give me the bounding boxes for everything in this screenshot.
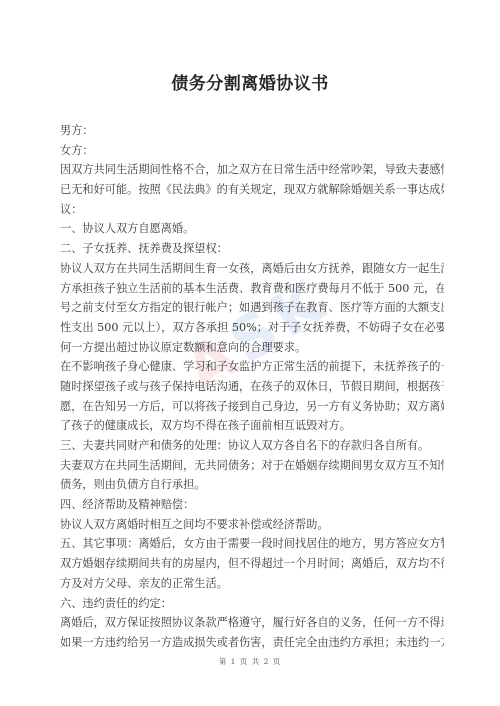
clause-2-line-4: 性支出 500 元以上），双方各承担 50%；对于子女抚养费，不妨碍子女在必要时… <box>60 318 444 338</box>
clause-2-line-5: 何一方提出超过协议原定数额和意向的合理要求。 <box>60 338 444 358</box>
line-wife: 女方： <box>60 141 444 161</box>
clause-5-line-2: 双方婚姻存续期间共有的房屋内，但不得超过一个月时间；离婚后，双方均不得干扰对 <box>60 554 444 574</box>
clause-3-line-1: 夫妻双方在共同生活期间，无共同债务；对于在婚姻存续期间男女双方互不知情的个人 <box>60 456 444 476</box>
clause-2-line-3: 号之前支付至女方指定的银行帐户；如遇到孩子在教育、医疗等方面的大额支出（一次 <box>60 298 444 318</box>
clause-5-line-1: 五、其它事项：离婚后，女方由于需要一段时间找居住的地方，男方答应女方暂住在 <box>60 534 444 554</box>
clause-2-line-2: 方承担孩子独立生活前的基本生活费、教育费和医疗费每月不低于 500 元，在每月的… <box>60 279 444 299</box>
intro-line-1: 因双方共同生活期间性格不合，加之双方在日常生活中经常吵架，导致夫妻感情破裂， <box>60 160 444 180</box>
clause-2-heading: 二、子女抚养、抚养费及探望权： <box>60 239 444 259</box>
line-husband: 男方： <box>60 121 444 141</box>
clause-6-line-2: 如果一方违约给另一方造成损失或者伤害，责任完全由违约方承担；未违约一方提出的 <box>60 633 444 653</box>
clause-4-line-1: 协议人双方离婚时相互之间均不要求补偿或经济帮助。 <box>60 515 444 535</box>
intro-line-3: 议： <box>60 200 444 220</box>
clause-2-line-1: 协议人双方在共同生活期间生育一女孩，离婚后由女方抚养，跟随女方一起生活，男 <box>60 259 444 279</box>
document-title: 债务分割离婚协议书 <box>0 69 500 94</box>
clause-2-line-9: 了孩子的健康成长，双方均不得在孩子面前相互诋毁对方。 <box>60 416 444 436</box>
clause-2-line-8: 愿，在告知另一方后，可以将孩子接到自己身边，另一方有义务协助；双方离婚后，为 <box>60 397 444 417</box>
clause-6-line-1: 离婚后，双方保证按照协议条款严格遵守，履行好各自的义务，任何一方不得违约， <box>60 613 444 633</box>
clause-1-heading: 一、协议人双方自愿离婚。 <box>60 219 444 239</box>
document-page: ASK 债务分割离婚协议书 男方： 女方： 因双方共同生活期间性格不合，加之双方… <box>0 0 500 706</box>
page-number-footer: 第 1 页 共 2 页 <box>0 656 500 667</box>
clause-3-line-2: 债务，则由负债方自行承担。 <box>60 475 444 495</box>
clause-2-line-7: 随时探望孩子或与孩子保持电话沟通，在孩子的双休日，节假日期间，根据孩子的意 <box>60 377 444 397</box>
clause-5-line-3: 方及对方父母、亲友的正常生活。 <box>60 574 444 594</box>
document-body: 男方： 女方： 因双方共同生活期间性格不合，加之双方在日常生活中经常吵架，导致夫… <box>60 121 444 653</box>
intro-line-2: 已无和好可能。按照《民法典》的有关规定，现双方就解除婚姻关系一事达成如下协 <box>60 180 444 200</box>
clause-3-heading: 三、夫妻共同财产和债务的处理：协议人双方各自名下的存款归各自所有。 <box>60 436 444 456</box>
clause-6-heading: 六、违约责任的约定： <box>60 594 444 614</box>
clause-4-heading: 四、经济帮助及精神赔偿： <box>60 495 444 515</box>
clause-2-line-6: 在不影响孩子身心健康、学习和子女监护方正常生活的前提下，未抚养孩子的一方可 <box>60 357 444 377</box>
